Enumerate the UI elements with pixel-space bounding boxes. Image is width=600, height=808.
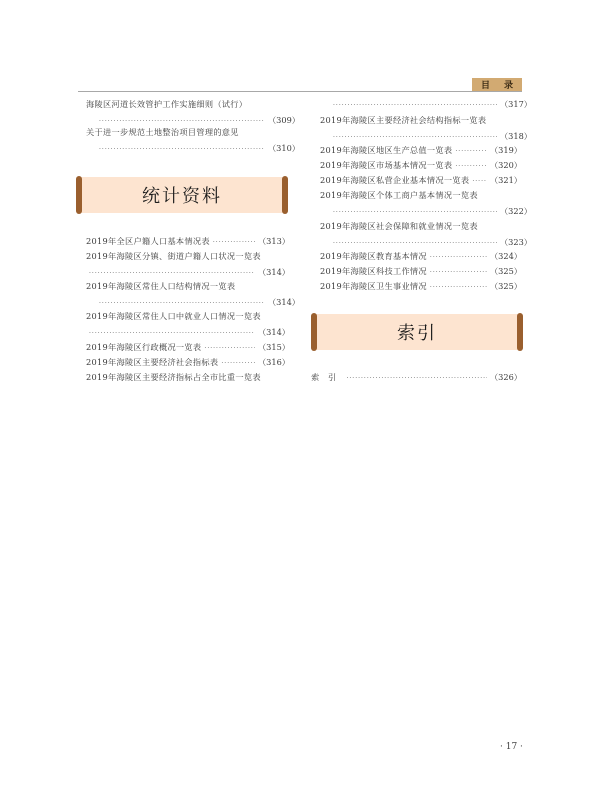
section-banner-statistics: 统计资料 (80, 177, 284, 213)
toc-entry[interactable]: 2019年海陵区常住人口结构情况一览表 ····················… (86, 281, 290, 309)
toc-entry[interactable]: 2019年海陵区市场基本情况一览表·······················… (320, 160, 522, 172)
leader-dots: ········································… (430, 268, 487, 278)
leader-dots: ········································… (455, 162, 487, 172)
toc-entry[interactable]: 关于进一步规范土地整治项目管理的意见 ·····················… (86, 127, 290, 155)
scroll-rod-right (282, 176, 288, 214)
leader-dots: ········································… (89, 269, 255, 279)
toc-entry[interactable]: 2019年海陵区主要经济社会指标表·······················… (86, 357, 290, 369)
toc-entry[interactable]: 2019年海陵区行政概况一览表·························… (86, 342, 290, 354)
leader-dots: ········································… (333, 208, 497, 218)
header-rule (78, 91, 522, 92)
toc-entry[interactable]: 2019年海陵区社会保障和就业情况一览表 ···················… (320, 221, 522, 249)
leader-dots: ········································… (99, 117, 265, 127)
header-tab-char-2: 录 (504, 78, 513, 91)
toc-entry-continued[interactable]: ········································… (320, 99, 522, 111)
leader-dots: ········································… (213, 238, 255, 248)
leader-dots: ········································… (89, 329, 255, 339)
section-banner-title: 统计资料 (142, 182, 222, 208)
toc-entry[interactable]: 2019年海陵区卫生事业情况··························… (320, 281, 522, 293)
leader-dots: ········································… (99, 299, 265, 309)
toc-entry[interactable]: 2019年海陵区主要经济社会结构指标一览表 ··················… (320, 115, 522, 143)
leader-dots: ········································… (430, 253, 487, 263)
header-section-tab: 目 录 (472, 78, 522, 91)
toc-entry[interactable]: 2019年海陵区主要经济指标占全市比重一览表 (86, 372, 290, 382)
header-tab-char-1: 目 (481, 78, 490, 91)
toc-entry[interactable]: 2019年海陵区地区生产总值一览表·······················… (320, 145, 522, 157)
section-banner-title: 索引 (397, 319, 437, 345)
leader-dots: ········································… (333, 101, 497, 111)
page-number: · 17 · (500, 742, 523, 752)
toc-entry[interactable]: 2019年海陵区分镇、街道户籍人口状况一览表 ·················… (86, 251, 290, 279)
scroll-rod-left (76, 176, 82, 214)
leader-dots: ········································… (333, 133, 497, 143)
leader-dots: ········································… (99, 145, 265, 155)
leader-dots: ········································… (346, 374, 487, 384)
toc-entry[interactable]: 2019年海陵区常住人口中就业人口情况一览表 ·················… (86, 311, 290, 339)
toc-entry[interactable]: 2019年海陵区科技工作情况··························… (320, 266, 522, 278)
leader-dots: ········································… (221, 359, 255, 369)
toc-entry[interactable]: 2019年海陵区个体工商户基本情况一览表 ···················… (320, 190, 522, 218)
section-banner-index: 索引 (315, 314, 519, 350)
toc-entry[interactable]: 海陵区河道长效管护工作实施细则（试行） ····················… (86, 99, 290, 127)
leader-dots: ········································… (430, 283, 487, 293)
scroll-rod-left (311, 313, 317, 351)
toc-entry[interactable]: 2019年全区户籍人口基本情况表························… (86, 236, 290, 248)
leader-dots: ········································… (472, 177, 487, 187)
scroll-rod-right (517, 313, 523, 351)
leader-dots: ········································… (333, 239, 497, 249)
toc-entry-index[interactable]: 索 引·····································… (311, 372, 522, 384)
leader-dots: ········································… (455, 147, 487, 157)
leader-dots: ········································… (204, 344, 255, 354)
toc-entry[interactable]: 2019年海陵区教育基本情况··························… (320, 251, 522, 263)
toc-entry[interactable]: 2019年海陵区私营企业基本情况一览表·····················… (320, 175, 522, 187)
